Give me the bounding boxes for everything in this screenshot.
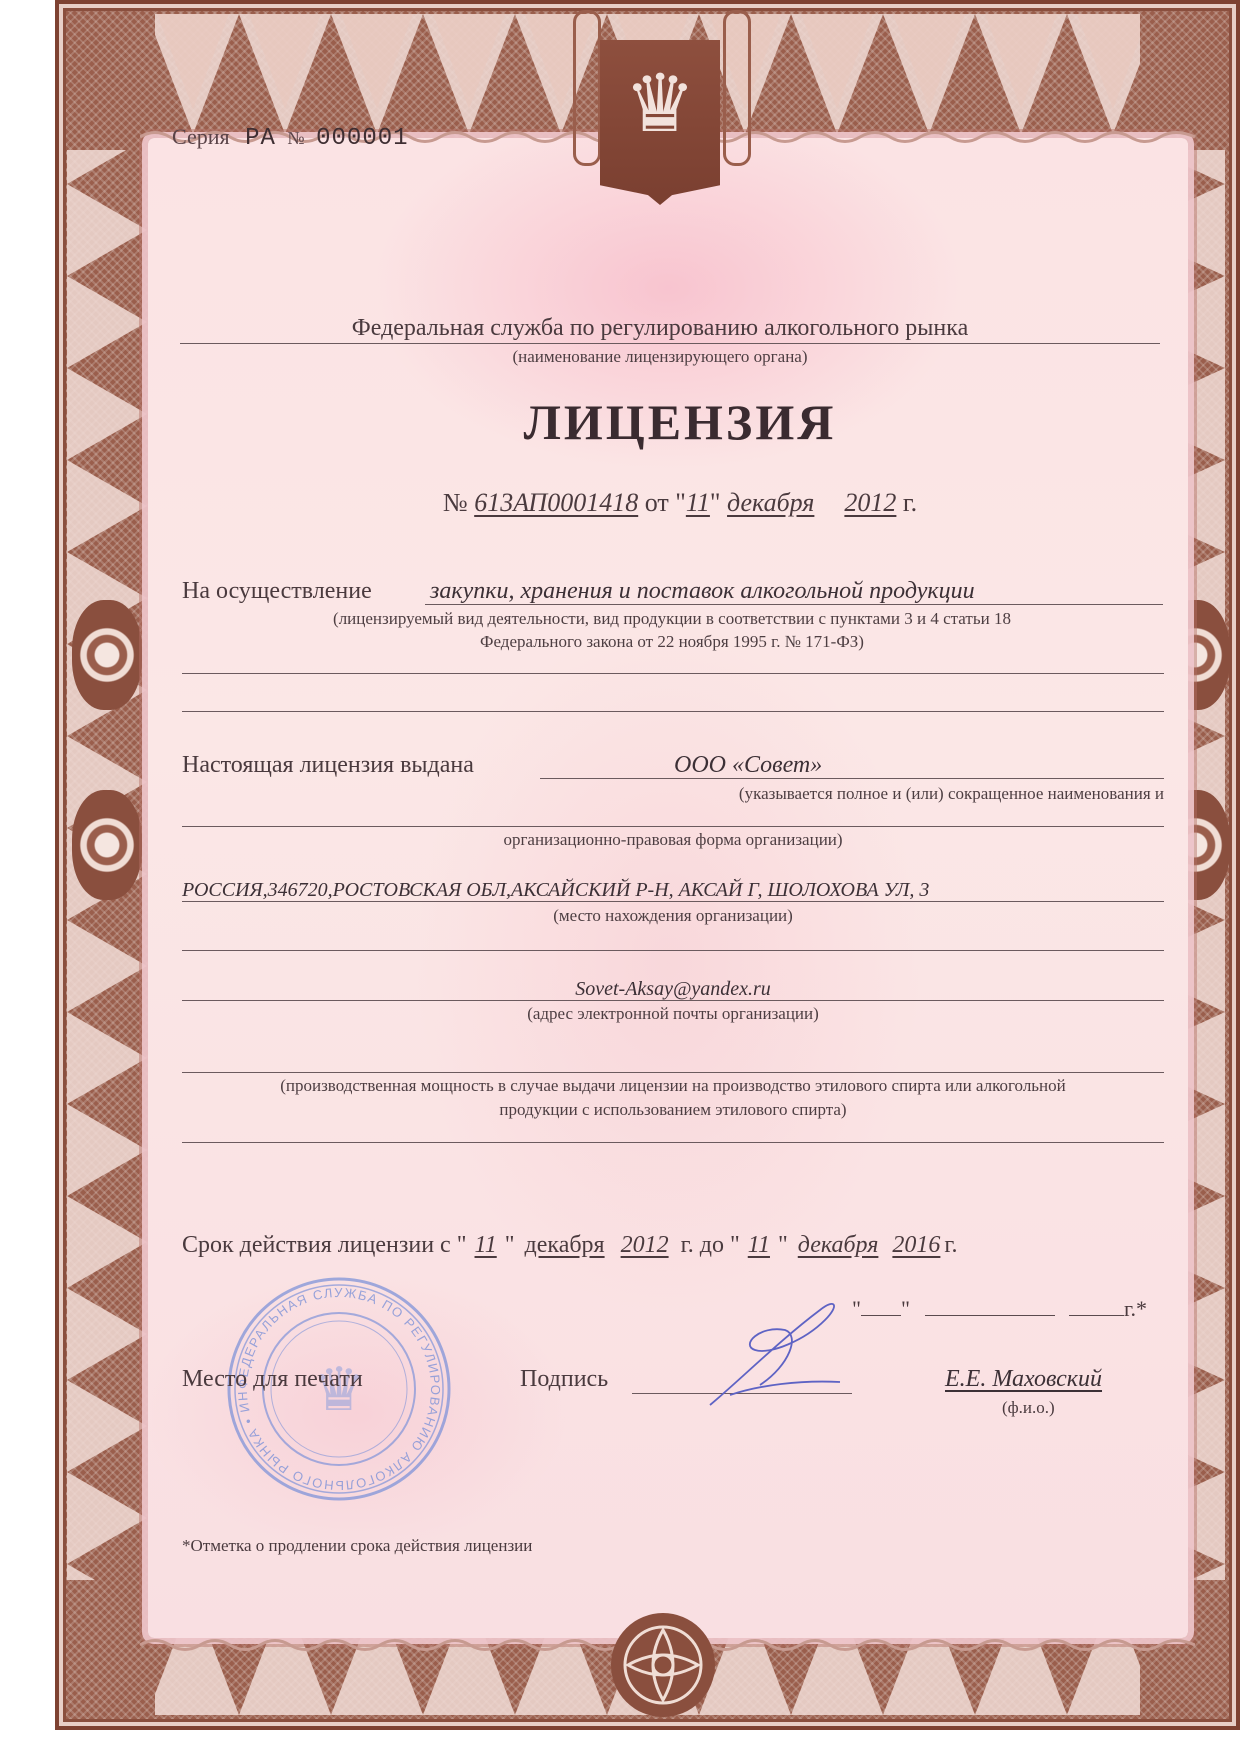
signer-name: Е.Е. Маховский (945, 1366, 1102, 1393)
valid-from-month: декабря (521, 1232, 609, 1258)
emblem-scroll-right (723, 10, 751, 166)
left-medallion (72, 600, 142, 710)
address-underline (182, 901, 1164, 902)
series-line: Серия РА № 000001 (172, 124, 409, 152)
capacity-caption-1: (производственная мощность в случае выда… (182, 1076, 1164, 1096)
quote-close: " (505, 1232, 515, 1258)
license-number: 613АП0001418 (474, 488, 638, 517)
left-medallion-2 (72, 790, 142, 900)
licensee-line-2 (182, 826, 1164, 827)
blank-line-1 (182, 673, 1164, 674)
ext-quote-close: " (901, 1296, 910, 1321)
quote-close-2: " (778, 1232, 788, 1258)
quote-open: " (457, 1232, 467, 1258)
licensee-underline (540, 778, 1164, 779)
bottom-medallion (608, 1610, 718, 1720)
validity-line: Срок действия лицензии с "11" декабря 20… (182, 1232, 958, 1259)
email-caption: (адрес электронной почты организации) (182, 1004, 1164, 1024)
licensee-name: ООО «Совет» (674, 752, 822, 779)
ext-suffix: г.* (1124, 1296, 1147, 1321)
activity-value: закупки, хранения и поставок алкогольной… (430, 578, 975, 605)
document-title: ЛИЦЕНЗИЯ (180, 393, 1180, 451)
quote-open-2: " (730, 1232, 740, 1258)
number-prefix: № (443, 488, 468, 517)
authority-caption: (наименование лицензирующего органа) (180, 347, 1140, 367)
series-value: РА (245, 125, 276, 152)
blank-line-2 (182, 711, 1164, 712)
quote-close: " (710, 488, 721, 517)
capacity-caption-2: продукции с использованием этилового спи… (182, 1100, 1164, 1120)
ext-quote-open: " (852, 1296, 861, 1321)
blank-line-4 (182, 1142, 1164, 1143)
from-label: от " (645, 488, 686, 517)
licensee-caption-1: (указывается полное и (или) сокращенное … (560, 784, 1164, 804)
coat-of-arms-emblem: ♛ (565, 0, 755, 210)
signer-caption: (ф.и.о.) (1002, 1398, 1055, 1418)
emblem-scroll-left (573, 10, 601, 166)
valid-to-month: декабря (794, 1232, 883, 1258)
licensee-email: Sovet-Aksay@yandex.ru (182, 978, 1164, 1001)
series-label: Серия (172, 124, 230, 149)
activity-underline (425, 604, 1163, 605)
handwritten-signature (700, 1290, 850, 1410)
valid-to-year: 2016 (888, 1232, 944, 1258)
license-number-line: № 613АП0001418 от "11" декабря2012 г. (180, 488, 1180, 518)
stamp-place-label: Место для печати (182, 1366, 363, 1393)
validity-label: Срок действия лицензии с (182, 1232, 451, 1258)
serial-number: 000001 (316, 125, 408, 152)
signature-label: Подпись (520, 1366, 608, 1393)
activity-caption-1: (лицензируемый вид деятельности, вид про… (182, 609, 1162, 629)
activity-label: На осуществление (182, 578, 372, 605)
issue-month: декабря (727, 488, 844, 517)
to-label: г. до (681, 1232, 724, 1258)
licensee-address: РОССИЯ,346720,РОСТОВСКАЯ ОБЛ,АКСАЙСКИЙ Р… (182, 879, 929, 902)
year-suffix: г. (903, 488, 917, 517)
authority-underline (180, 343, 1160, 344)
double-headed-eagle-icon: ♛ (600, 65, 720, 145)
year-suffix-2: г. (944, 1232, 957, 1258)
address-caption: (место нахождения организации) (182, 906, 1164, 926)
blank-line-3 (182, 950, 1164, 951)
valid-from-day: 11 (467, 1232, 505, 1258)
issue-year: 2012 (844, 488, 896, 517)
capacity-line (182, 1072, 1164, 1073)
licensee-caption-2: организационно-правовая форма организаци… (182, 830, 1164, 850)
valid-from-year: 2012 (615, 1232, 675, 1258)
licensee-label: Настоящая лицензия выдана (182, 752, 474, 779)
valid-to-day: 11 (740, 1232, 778, 1258)
licensing-authority: Федеральная служба по регулированию алко… (180, 315, 1140, 342)
email-underline (182, 1000, 1164, 1001)
activity-caption-2: Федерального закона от 22 ноября 1995 г.… (182, 632, 1162, 652)
issue-day: 11 (686, 488, 710, 517)
extension-footnote: *Отметка о продлении срока действия лице… (182, 1536, 532, 1556)
number-sign: № (287, 128, 304, 148)
extension-line: "" г.* (852, 1296, 1147, 1322)
